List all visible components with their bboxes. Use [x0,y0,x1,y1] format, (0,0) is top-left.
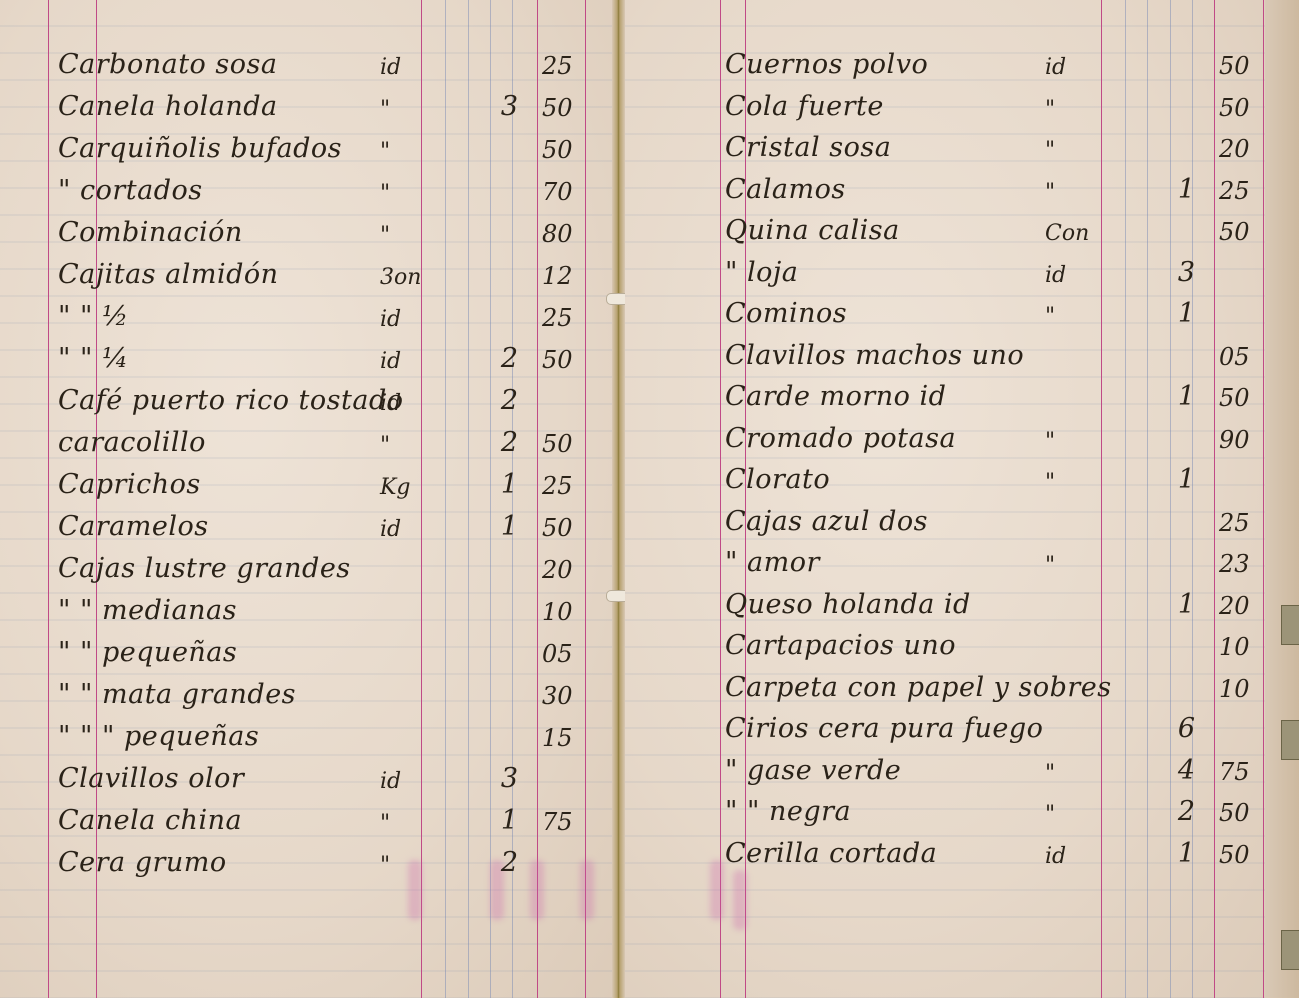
entry-unit: id [1045,263,1066,288]
ledger-row: Cuernos polvoid50 [625,48,1265,84]
entry-unit: " [1045,802,1055,827]
entry-description: Cirios cera pura fuego [725,713,1043,744]
entry-description: Cajas lustre grandes [58,553,351,584]
ledger-row: Queso holanda id120 [625,588,1265,624]
ledger-row: " " mata grandes30 [0,678,612,714]
entry-amount-cents: 30 [542,682,588,710]
entry-amount-cents: 25 [542,304,588,332]
ledger-row: " " negra"250 [625,795,1265,831]
entry-unit: " [380,853,390,878]
entry-amount-cents: 75 [1219,758,1265,786]
entry-description: Carbonato sosa [58,49,277,80]
entry-amount-whole: 3 [478,91,518,122]
ledger-row: Canela holanda"350 [0,90,612,126]
entry-amount-cents: 05 [542,640,588,668]
entry-description: Canela china [58,805,242,836]
ledger-row: " " ½id25 [0,300,612,336]
entry-amount-whole: 3 [478,763,518,794]
entry-unit: id [380,391,401,416]
ledger-row: Calamos"125 [625,173,1265,209]
ledger-row: Cajitas almidón3on12 [0,258,612,294]
page-tab [1281,720,1299,760]
entry-description: " amor [725,547,820,578]
entry-unit: Con [1045,221,1089,246]
ledger-row: " " pequeñas05 [0,636,612,672]
entry-amount-cents: 50 [1219,799,1265,827]
entry-description: Cajitas almidón [58,259,279,290]
entry-amount-whole: 2 [478,847,518,878]
ledger-row: " " medianas10 [0,594,612,630]
ledger-row: Cerilla cortadaid150 [625,837,1265,873]
entry-description: Canela holanda [58,91,278,122]
ledger-row: Cominos"1 [625,297,1265,333]
ledger-row: Café puerto rico tostadoid2 [0,384,612,420]
entry-amount-cents: 23 [1219,550,1265,578]
entry-description: Cola fuerte [725,91,884,122]
page-tab [1281,605,1299,645]
entry-description: Clavillos olor [58,763,244,794]
entry-description: " gase verde [725,755,901,786]
entry-amount-cents: 50 [1219,384,1265,412]
entry-unit: " [1045,553,1055,578]
entry-amount-cents: 70 [542,178,588,206]
entry-amount-whole: 3 [1155,257,1195,288]
entry-description: " " mata grandes [58,679,296,710]
entry-description: Carde morno id [725,381,946,412]
entry-description: Cristal sosa [725,132,891,163]
entry-amount-cents: 75 [542,808,588,836]
entry-description: Café puerto rico tostado [58,385,404,416]
ledger-row: Carpeta con papel y sobres10 [625,671,1265,707]
entry-unit: " [1045,761,1055,786]
ledger-row: CaprichosKg125 [0,468,612,504]
page-tab [1281,930,1299,970]
ledger-row: " cortados"70 [0,174,612,210]
entry-description: " " pequeñas [58,637,237,668]
entry-unit: " [380,433,390,458]
entry-amount-cents: 12 [542,262,588,290]
entry-description: Clavillos machos uno [725,340,1024,371]
book-binding [612,0,625,998]
entry-unit: id [1045,55,1066,80]
entry-amount-cents: 50 [542,430,588,458]
entry-unit: " [380,139,390,164]
entry-unit: " [1045,138,1055,163]
next-page-edge [1265,0,1299,998]
entry-amount-whole: 2 [1155,796,1195,827]
entry-amount-cents: 25 [1219,177,1265,205]
entry-unit: " [1045,470,1055,495]
entry-amount-cents: 90 [1219,426,1265,454]
entry-unit: " [1045,180,1055,205]
entry-amount-cents: 80 [542,220,588,248]
entry-unit: id [380,517,401,542]
entry-amount-cents: 20 [542,556,588,584]
entry-description: Cuernos polvo [725,49,928,80]
entry-unit: id [380,55,401,80]
right-page: Cuernos polvoid50Cola fuerte"50Cristal s… [625,0,1265,998]
entry-unit: id [380,307,401,332]
entry-unit: id [380,349,401,374]
entry-description: Caramelos [58,511,209,542]
entry-amount-whole: 2 [478,427,518,458]
entry-amount-whole: 1 [478,511,518,542]
entry-unit: " [380,181,390,206]
ledger-row: Quina calisaCon50 [625,214,1265,250]
ledger-row: " gase verde"475 [625,754,1265,790]
entry-unit: 3on [380,265,421,290]
ledger-row: Clavillos olorid3 [0,762,612,798]
ledger-row: Cromado potasa"90 [625,422,1265,458]
entry-amount-whole: 2 [478,385,518,416]
entry-amount-cents: 50 [542,346,588,374]
entry-amount-cents: 20 [1219,592,1265,620]
ledger-row: Cajas azul dos25 [625,505,1265,541]
ledger-row: Carde morno id150 [625,380,1265,416]
ledger-row: Cristal sosa"20 [625,131,1265,167]
entry-amount-cents: 50 [542,94,588,122]
entry-unit: " [1045,97,1055,122]
entry-amount-cents: 25 [542,472,588,500]
entry-unit: Kg [380,475,411,500]
ledger-row: Cartapacios uno10 [625,629,1265,665]
entry-description: Clorato [725,464,830,495]
entry-unit: id [380,769,401,794]
ledger-row: Carquiñolis bufados"50 [0,132,612,168]
entry-description: Cerilla cortada [725,838,937,869]
entry-amount-cents: 10 [542,598,588,626]
ledger-row: Caramelosid150 [0,510,612,546]
entry-description: Combinación [58,217,243,248]
entry-amount-whole: 6 [1155,713,1195,744]
entry-amount-whole: 1 [478,469,518,500]
ledger-row: Cirios cera pura fuego6 [625,712,1265,748]
entry-description: " " ½ [58,301,129,332]
ledger-row: " " " pequeñas15 [0,720,612,756]
left-page: Carbonato sosaid25Canela holanda"350Carq… [0,0,612,998]
ledger-row: Cajas lustre grandes20 [0,552,612,588]
ledger-row: Canela china"175 [0,804,612,840]
entry-description: " " " pequeñas [58,721,259,752]
entry-unit: " [380,97,390,122]
ledger-row: Cola fuerte"50 [625,90,1265,126]
entry-unit: " [1045,429,1055,454]
entry-description: Calamos [725,174,846,205]
entry-amount-cents: 15 [542,724,588,752]
entry-description: " cortados [58,175,203,206]
entry-amount-cents: 50 [542,136,588,164]
entry-description: " " medianas [58,595,237,626]
ink-smudge [733,870,747,930]
entry-unit: " [1045,304,1055,329]
ledger-row: Clavillos machos uno05 [625,339,1265,375]
entry-amount-whole: 1 [1155,464,1195,495]
entry-amount-cents: 20 [1219,135,1265,163]
entry-description: Carquiñolis bufados [58,133,342,164]
entry-amount-cents: 25 [1219,509,1265,537]
entry-unit: id [1045,844,1066,869]
entry-description: Queso holanda id [725,589,971,620]
entry-amount-cents: 50 [1219,841,1265,869]
entry-amount-cents: 25 [542,52,588,80]
entry-amount-cents: 10 [1219,633,1265,661]
entry-amount-cents: 50 [1219,218,1265,246]
entry-description: Cartapacios uno [725,630,956,661]
entry-description: Cajas azul dos [725,506,928,537]
ledger-row: Cera grumo"2 [0,846,612,882]
entry-description: Cominos [725,298,847,329]
entry-description: Caprichos [58,469,201,500]
ledger-row: " lojaid3 [625,256,1265,292]
entry-description: caracolillo [58,427,206,458]
ledger-row: " amor"23 [625,546,1265,582]
entry-unit: " [380,223,390,248]
entry-description: " loja [725,257,798,288]
entry-unit: " [380,811,390,836]
ledger-row: " " ¼id250 [0,342,612,378]
ledger-row: Combinación"80 [0,216,612,252]
entry-amount-whole: 1 [1155,174,1195,205]
entry-amount-whole: 1 [1155,589,1195,620]
entry-amount-whole: 1 [1155,298,1195,329]
entry-amount-cents: 50 [1219,52,1265,80]
entry-amount-cents: 50 [542,514,588,542]
entry-amount-whole: 1 [1155,381,1195,412]
entry-description: " " ¼ [58,343,129,374]
entry-amount-cents: 05 [1219,343,1265,371]
entry-description: " " negra [725,796,851,827]
entry-amount-whole: 2 [478,343,518,374]
ledger-row: Clorato"1 [625,463,1265,499]
entry-amount-cents: 50 [1219,94,1265,122]
ledger-row: caracolillo"250 [0,426,612,462]
entry-description: Quina calisa [725,215,900,246]
entry-description: Cromado potasa [725,423,956,454]
entry-amount-whole: 4 [1155,755,1195,786]
entry-amount-whole: 1 [1155,838,1195,869]
ledger-row: Carbonato sosaid25 [0,48,612,84]
entry-amount-whole: 1 [478,805,518,836]
entry-description: Carpeta con papel y sobres [725,672,1112,703]
entry-amount-cents: 10 [1219,675,1265,703]
entry-description: Cera grumo [58,847,227,878]
